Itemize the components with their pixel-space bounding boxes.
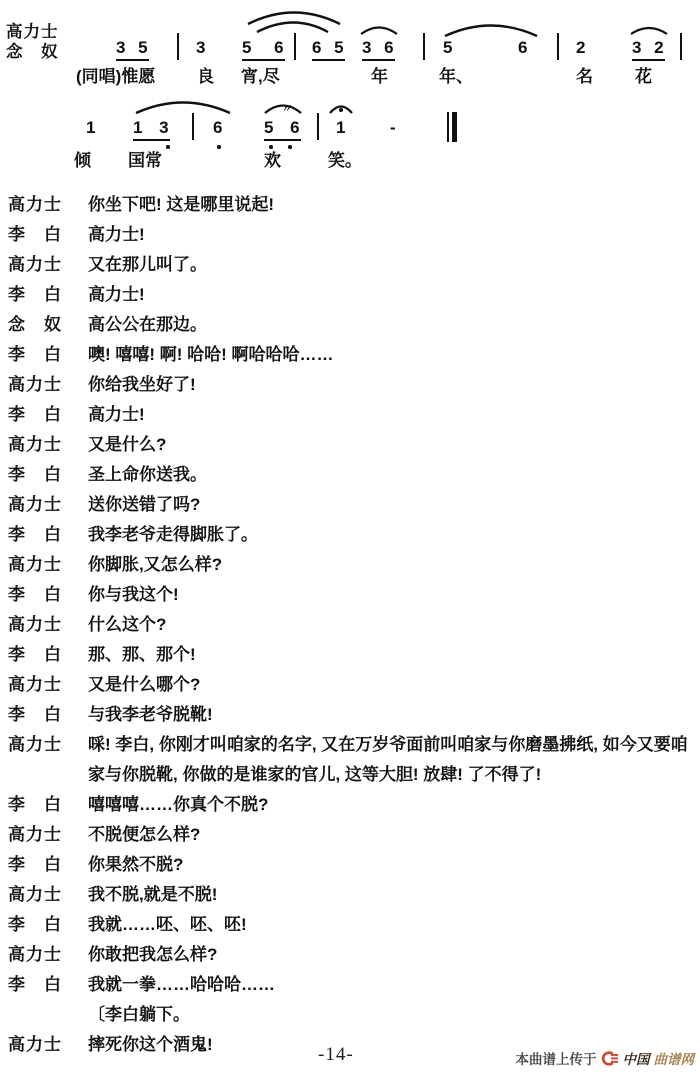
watermark-prefix: 本曲谱上传于 xyxy=(516,1048,597,1068)
speaker-label: 高力士 xyxy=(0,1030,88,1060)
dialogue-row: 李 白 你与我这个! xyxy=(0,580,700,610)
note: 1 3 xyxy=(133,118,170,141)
barline xyxy=(192,113,194,140)
lyric: 欢 xyxy=(264,146,281,171)
speaker-label: 李 白 xyxy=(0,220,88,250)
dialogue-text: 那、那、那个! xyxy=(88,640,700,670)
speaker-label: 李 白 xyxy=(0,700,88,730)
note: - xyxy=(390,118,397,138)
speaker-label: 李 白 xyxy=(0,790,88,820)
note: 6 xyxy=(518,38,528,58)
speaker-label: 李 白 xyxy=(0,580,88,610)
dialogue-row: 李 白 噢! 嘻嘻! 啊! 哈哈! 啊哈哈哈…… xyxy=(0,340,700,370)
dialogue-text: 嘻嘻嘻……你真个不脱? xyxy=(88,790,700,820)
speaker-label: 高力士 xyxy=(0,610,88,640)
lyric: (同唱)惟愿 xyxy=(76,62,155,87)
dialogue-text: 什么这个? xyxy=(88,610,700,640)
speaker-label: 李 白 xyxy=(0,400,88,430)
page-number: -14- xyxy=(318,1044,354,1066)
barline xyxy=(317,113,319,140)
speaker-label: 高力士 xyxy=(0,730,88,760)
dialogue-text: 我不脱,就是不脱! xyxy=(88,880,700,910)
dialogue-row: 李 白 我李老爷走得脚胀了。 xyxy=(0,520,700,550)
lyric: 良 xyxy=(197,62,214,87)
dialogue-text: 又是什么? xyxy=(88,430,700,460)
cnscore-logo-icon xyxy=(601,1051,619,1066)
dialogue-row: 高力士 我不脱,就是不脱! xyxy=(0,880,700,910)
speaker-label: 高力士 xyxy=(0,430,88,460)
dialogue-text: 我就一拳……哈哈哈…… xyxy=(88,970,700,1000)
speaker-label: 高力士 xyxy=(0,880,88,910)
note: 3 xyxy=(196,38,206,58)
note: 1 xyxy=(336,118,346,138)
speaker-label: 李 白 xyxy=(0,910,88,940)
dialogue-row: 高力士 又是什么? xyxy=(0,430,700,460)
dialogue-row: 高力士 你敢把我怎么样? xyxy=(0,940,700,970)
dialogue-text: 高力士! xyxy=(88,280,700,310)
dialogue-text: 我就……呸、呸、呸! xyxy=(88,910,700,940)
note: 6 xyxy=(213,118,223,138)
dialogue-row: 念 奴 高公公在那边。 xyxy=(0,310,700,340)
speaker-label: 高力士 xyxy=(0,250,88,280)
dialogue-section: 高力士 你坐下吧! 这是哪里说起! 李 白 高力士! 高力士 又在那儿叫了。 李… xyxy=(0,190,700,1060)
dialogue-text: 与我李老爷脱靴! xyxy=(88,700,700,730)
watermark-site-bold: 中国 xyxy=(623,1048,650,1068)
dialogue-row: 李 白 那、那、那个! xyxy=(0,640,700,670)
dialogue-text: 高力士! xyxy=(88,400,700,430)
dialogue-text: 你果然不脱? xyxy=(88,850,700,880)
lyric: 国常 xyxy=(128,146,162,171)
dialogue-row: 高力士 你脚胀,又怎么样? xyxy=(0,550,700,580)
dialogue-text: 送你送错了吗? xyxy=(88,490,700,520)
dialogue-row: 李 白 高力士! xyxy=(0,400,700,430)
note: 5 6 xyxy=(242,38,285,61)
lyric: 年 xyxy=(371,62,388,87)
speaker-label: 李 白 xyxy=(0,640,88,670)
dialogue-text: 高公公在那边。 xyxy=(88,310,700,340)
dialogue-text: 〔李白躺下。 xyxy=(88,1000,700,1030)
note: 1 xyxy=(86,118,96,138)
lyric: 笑。 xyxy=(328,146,362,171)
barline xyxy=(177,33,179,60)
barline xyxy=(557,33,559,60)
music-notation: 高力士 念 奴 3 5 3 5 6 6 5 3 6 5 6 2 3 2 (同唱)… xyxy=(0,0,700,188)
octave-dot xyxy=(288,145,292,149)
dialogue-row: 〔李白躺下。 xyxy=(0,1000,700,1030)
dialogue-row: 李 白 高力士! xyxy=(0,280,700,310)
note: 3 6 xyxy=(362,38,395,61)
speaker-label: 高力士 xyxy=(0,190,88,220)
speaker-label: 高力士 xyxy=(0,940,88,970)
note: 3 2 xyxy=(632,38,665,61)
dialogue-row: 高力士 又是什么哪个? xyxy=(0,670,700,700)
speaker-label: 李 白 xyxy=(0,280,88,310)
dialogue-row: 高力士 你坐下吧! 这是哪里说起! xyxy=(0,190,700,220)
dialogue-text: 不脱便怎么样? xyxy=(88,820,700,850)
dialogue-text: 噢! 嘻嘻! 啊! 哈哈! 啊哈哈哈…… xyxy=(88,340,700,370)
lyric: 名 xyxy=(576,62,593,87)
speaker-label: 高力士 xyxy=(0,370,88,400)
dialogue-row: 高力士 什么这个? xyxy=(0,610,700,640)
note: 6 5 xyxy=(312,38,345,61)
barline xyxy=(294,33,296,60)
speaker-label: 高力士 xyxy=(0,820,88,850)
dialogue-row: 李 白 你果然不脱? xyxy=(0,850,700,880)
speaker-label: 高力士 xyxy=(0,550,88,580)
note: 5 xyxy=(443,38,453,58)
dialogue-row: 高力士 不脱便怎么样? xyxy=(0,820,700,850)
dialogue-text: 我李老爷走得脚胀了。 xyxy=(88,520,700,550)
final-barline-thick xyxy=(452,112,457,142)
dialogue-text: 你给我坐好了! xyxy=(88,370,700,400)
octave-dot xyxy=(166,145,170,149)
dialogue-row: 李 白 圣上命你送我。 xyxy=(0,460,700,490)
dialogue-text: 又是什么哪个? xyxy=(88,670,700,700)
barline xyxy=(680,33,682,60)
speaker-label: 李 白 xyxy=(0,340,88,370)
trill-mark-icon: 〃 xyxy=(281,100,292,116)
watermark: 本曲谱上传于 中国 曲谱网 xyxy=(516,1048,695,1068)
lyric: 宵,尽 xyxy=(241,62,280,87)
dialogue-row: 李 白 我就一拳……哈哈哈…… xyxy=(0,970,700,1000)
dialogue-text: 你脚胀,又怎么样? xyxy=(88,550,700,580)
octave-dot xyxy=(217,145,221,149)
speaker-label: 高力士 xyxy=(0,670,88,700)
speaker-label: 李 白 xyxy=(0,850,88,880)
note: 5 6 xyxy=(264,118,301,141)
dialogue-text: 你坐下吧! 这是哪里说起! xyxy=(88,190,700,220)
dialogue-text: 啋! 李白, 你刚才叫咱家的名字, 又在万岁爷面前叫咱家与你磨墨拂纸, 如今又要… xyxy=(88,730,700,790)
dialogue-text: 又在那儿叫了。 xyxy=(88,250,700,280)
dialogue-row: 李 白 嘻嘻嘻……你真个不脱? xyxy=(0,790,700,820)
speaker-label: 李 白 xyxy=(0,970,88,1000)
score-page: 高力士 念 奴 3 5 3 5 6 6 5 3 6 5 6 2 3 2 (同唱)… xyxy=(0,0,700,1081)
speaker-label: 念 奴 xyxy=(0,310,88,340)
speaker-label: 李 白 xyxy=(0,460,88,490)
dialogue-row: 高力士 又在那儿叫了。 xyxy=(0,250,700,280)
watermark-site-light: 曲谱网 xyxy=(654,1048,695,1068)
note: 3 5 xyxy=(116,38,149,61)
music-speaker-niannu: 念 奴 xyxy=(6,38,59,62)
lyric: 花 xyxy=(635,62,652,87)
lyric: 倾 xyxy=(74,146,91,171)
dialogue-text: 圣上命你送我。 xyxy=(88,460,700,490)
dialogue-row: 李 白 高力士! xyxy=(0,220,700,250)
dialogue-text: 高力士! xyxy=(88,220,700,250)
barline xyxy=(423,33,425,60)
dialogue-text: 你与我这个! xyxy=(88,580,700,610)
dialogue-row: 高力士 你给我坐好了! xyxy=(0,370,700,400)
speaker-label: 高力士 xyxy=(0,490,88,520)
dialogue-row: 高力士 啋! 李白, 你刚才叫咱家的名字, 又在万岁爷面前叫咱家与你磨墨拂纸, … xyxy=(0,730,700,790)
final-barline-thin xyxy=(447,112,449,142)
dialogue-row: 李 白 与我李老爷脱靴! xyxy=(0,700,700,730)
lyric: 年、 xyxy=(439,62,473,87)
note: 2 xyxy=(576,38,586,58)
speaker-label: 李 白 xyxy=(0,520,88,550)
dialogue-text: 你敢把我怎么样? xyxy=(88,940,700,970)
dialogue-row: 李 白 我就……呸、呸、呸! xyxy=(0,910,700,940)
dialogue-row: 高力士 送你送错了吗? xyxy=(0,490,700,520)
